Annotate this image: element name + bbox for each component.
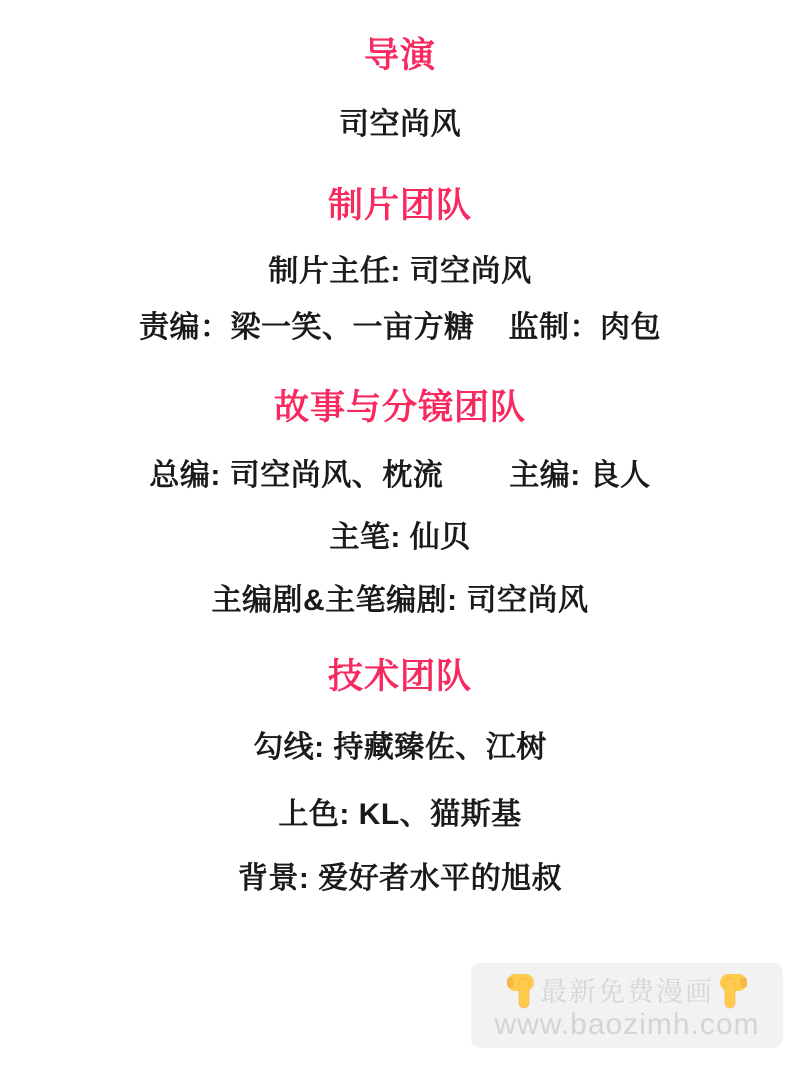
- story-team-heading: 故事与分镜团队: [0, 390, 800, 425]
- editors-credit: 责编：梁一笑、一亩方糖: [139, 311, 475, 344]
- screenwriter-line: 主编剧&主笔编剧: 司空尚风: [0, 584, 800, 617]
- lineart-line: 勾线: 持藏臻佐、江树: [0, 731, 800, 764]
- coloring-line: 上色: KL、猫斯基: [0, 798, 800, 831]
- lead-artist-line: 主笔: 仙贝: [0, 521, 800, 554]
- chief-editors-credit: 总编: 司空尚风、枕流: [149, 459, 443, 492]
- pointing-down-icon: [506, 971, 538, 1009]
- site-watermark: 最新免费漫画 www.baozimh.com: [471, 963, 783, 1048]
- credits-page: 导演 司空尚风 制片团队 制片主任: 司空尚风 责编：梁一笑、一亩方糖 监制：肉…: [0, 0, 800, 1071]
- production-chief-line: 制片主任: 司空尚风: [0, 255, 800, 288]
- chief-editor-line: 总编: 司空尚风、枕流 主编: 良人: [0, 459, 800, 492]
- director-name: 司空尚风: [0, 108, 800, 141]
- main-editor-credit: 主编: 良人: [509, 459, 650, 492]
- background-art-line: 背景: 爱好者水平的旭叔: [0, 862, 800, 895]
- pointing-down-icon: [716, 971, 748, 1009]
- watermark-tagline-row: 最新免费漫画: [506, 970, 748, 1010]
- supervisor-credit: 监制：肉包: [509, 311, 662, 344]
- watermark-url: www.baozimh.com: [494, 1008, 759, 1042]
- watermark-tagline: 最新免费漫画: [540, 970, 714, 1009]
- director-heading: 导演: [0, 38, 800, 73]
- production-team-heading: 制片团队: [0, 188, 800, 223]
- tech-team-heading: 技术团队: [0, 659, 800, 694]
- editors-supervisor-line: 责编：梁一笑、一亩方糖 监制：肉包: [0, 311, 800, 344]
